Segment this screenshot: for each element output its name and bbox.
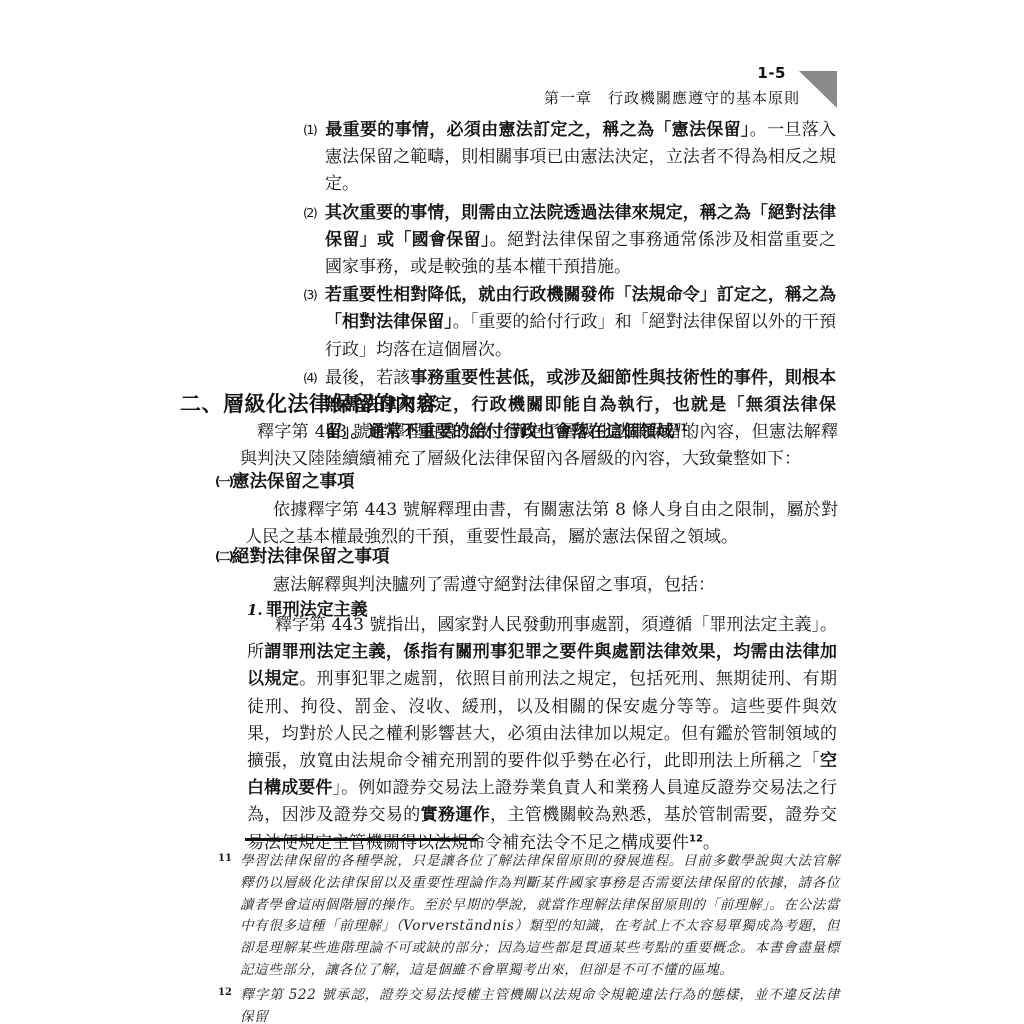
page-number: 1-5 (400, 64, 800, 82)
list-item: (1)最重要的事情，必須由憲法訂定之，稱之為「憲法保留」。一旦落入憲法保留之範疇… (303, 116, 836, 199)
subsection-title: 憲法保留之事項 (232, 472, 355, 492)
clause-paragraph: 釋字第 443 號指出，國家對人民發動刑事處罰，須遵循「罪刑法定主義」。所謂罪刑… (247, 612, 837, 857)
subsection-prefix: (一) (215, 475, 232, 489)
page-header: 1-5 第一章 行政機關應遵守的基本原則 (400, 64, 800, 108)
list-item: (3)若重要性相對降低，就由行政機關發佈「法規命令」訂定之，稱之為「相對法律保留… (303, 281, 836, 364)
section-intro-paragraph: 釋字第 443 號解釋理由書大致上劃定了層級化法律保留的內容，但憲法解釋與判決又… (240, 419, 838, 473)
footnote-divider (245, 838, 478, 841)
subsection-prefix: (二) (215, 550, 232, 564)
footnote: 11學習法律保留的各種學說，只是讓各位了解法律保留原則的發展進程。目前多數學說與… (218, 848, 840, 982)
list-item-text: 最重要的事情，必須由憲法訂定之，稱之為「憲法保留」。一旦落入憲法保留之範疇，則相… (325, 120, 836, 194)
list-item-number: (3) (303, 281, 325, 308)
subsection-heading-2: (二)絕對法律保留之事項 (215, 543, 389, 568)
chapter-header: 第一章 行政機關應遵守的基本原則 (400, 87, 800, 108)
list-item-text: 其次重要的事情，則需由立法院透過法律來規定，稱之為「絕對法律保留」或「國會保留」… (325, 203, 836, 277)
list-item-number: (4) (303, 364, 325, 391)
footnote-number: 11 (218, 848, 240, 870)
footnote-text: 學習法律保留的各種學說，只是讓各位了解法律保留原則的發展進程。目前多數學說與大法… (240, 853, 840, 978)
list-item-text: 若重要性相對降低，就由行政機關發佈「法規命令」訂定之，稱之為「相對法律保留」。「… (325, 285, 836, 359)
list-item: (2)其次重要的事情，則需由立法院透過法律來規定，稱之為「絕對法律保留」或「國會… (303, 199, 836, 282)
list-item-number: (2) (303, 199, 325, 226)
subsection-heading-1: (一)憲法保留之事項 (215, 468, 354, 493)
section-heading: 二、層級化法律保留的內容 (180, 388, 438, 418)
footnote: 12釋字第 522 號承認，證券交易法授權主管機關以法規命令規範違法行為的態樣，… (218, 982, 840, 1024)
footnote-text: 釋字第 522 號承認，證券交易法授權主管機關以法規命令規範違法行為的態樣，並不… (240, 987, 840, 1024)
list-item-number: (1) (303, 116, 325, 143)
footnote-number: 12 (218, 982, 240, 1004)
subsection-title: 絕對法律保留之事項 (232, 547, 390, 567)
corner-triangle-icon (799, 71, 837, 108)
footnotes: 11學習法律保留的各種學說，只是讓各位了解法律保留原則的發展進程。目前多數學說與… (218, 848, 840, 1024)
